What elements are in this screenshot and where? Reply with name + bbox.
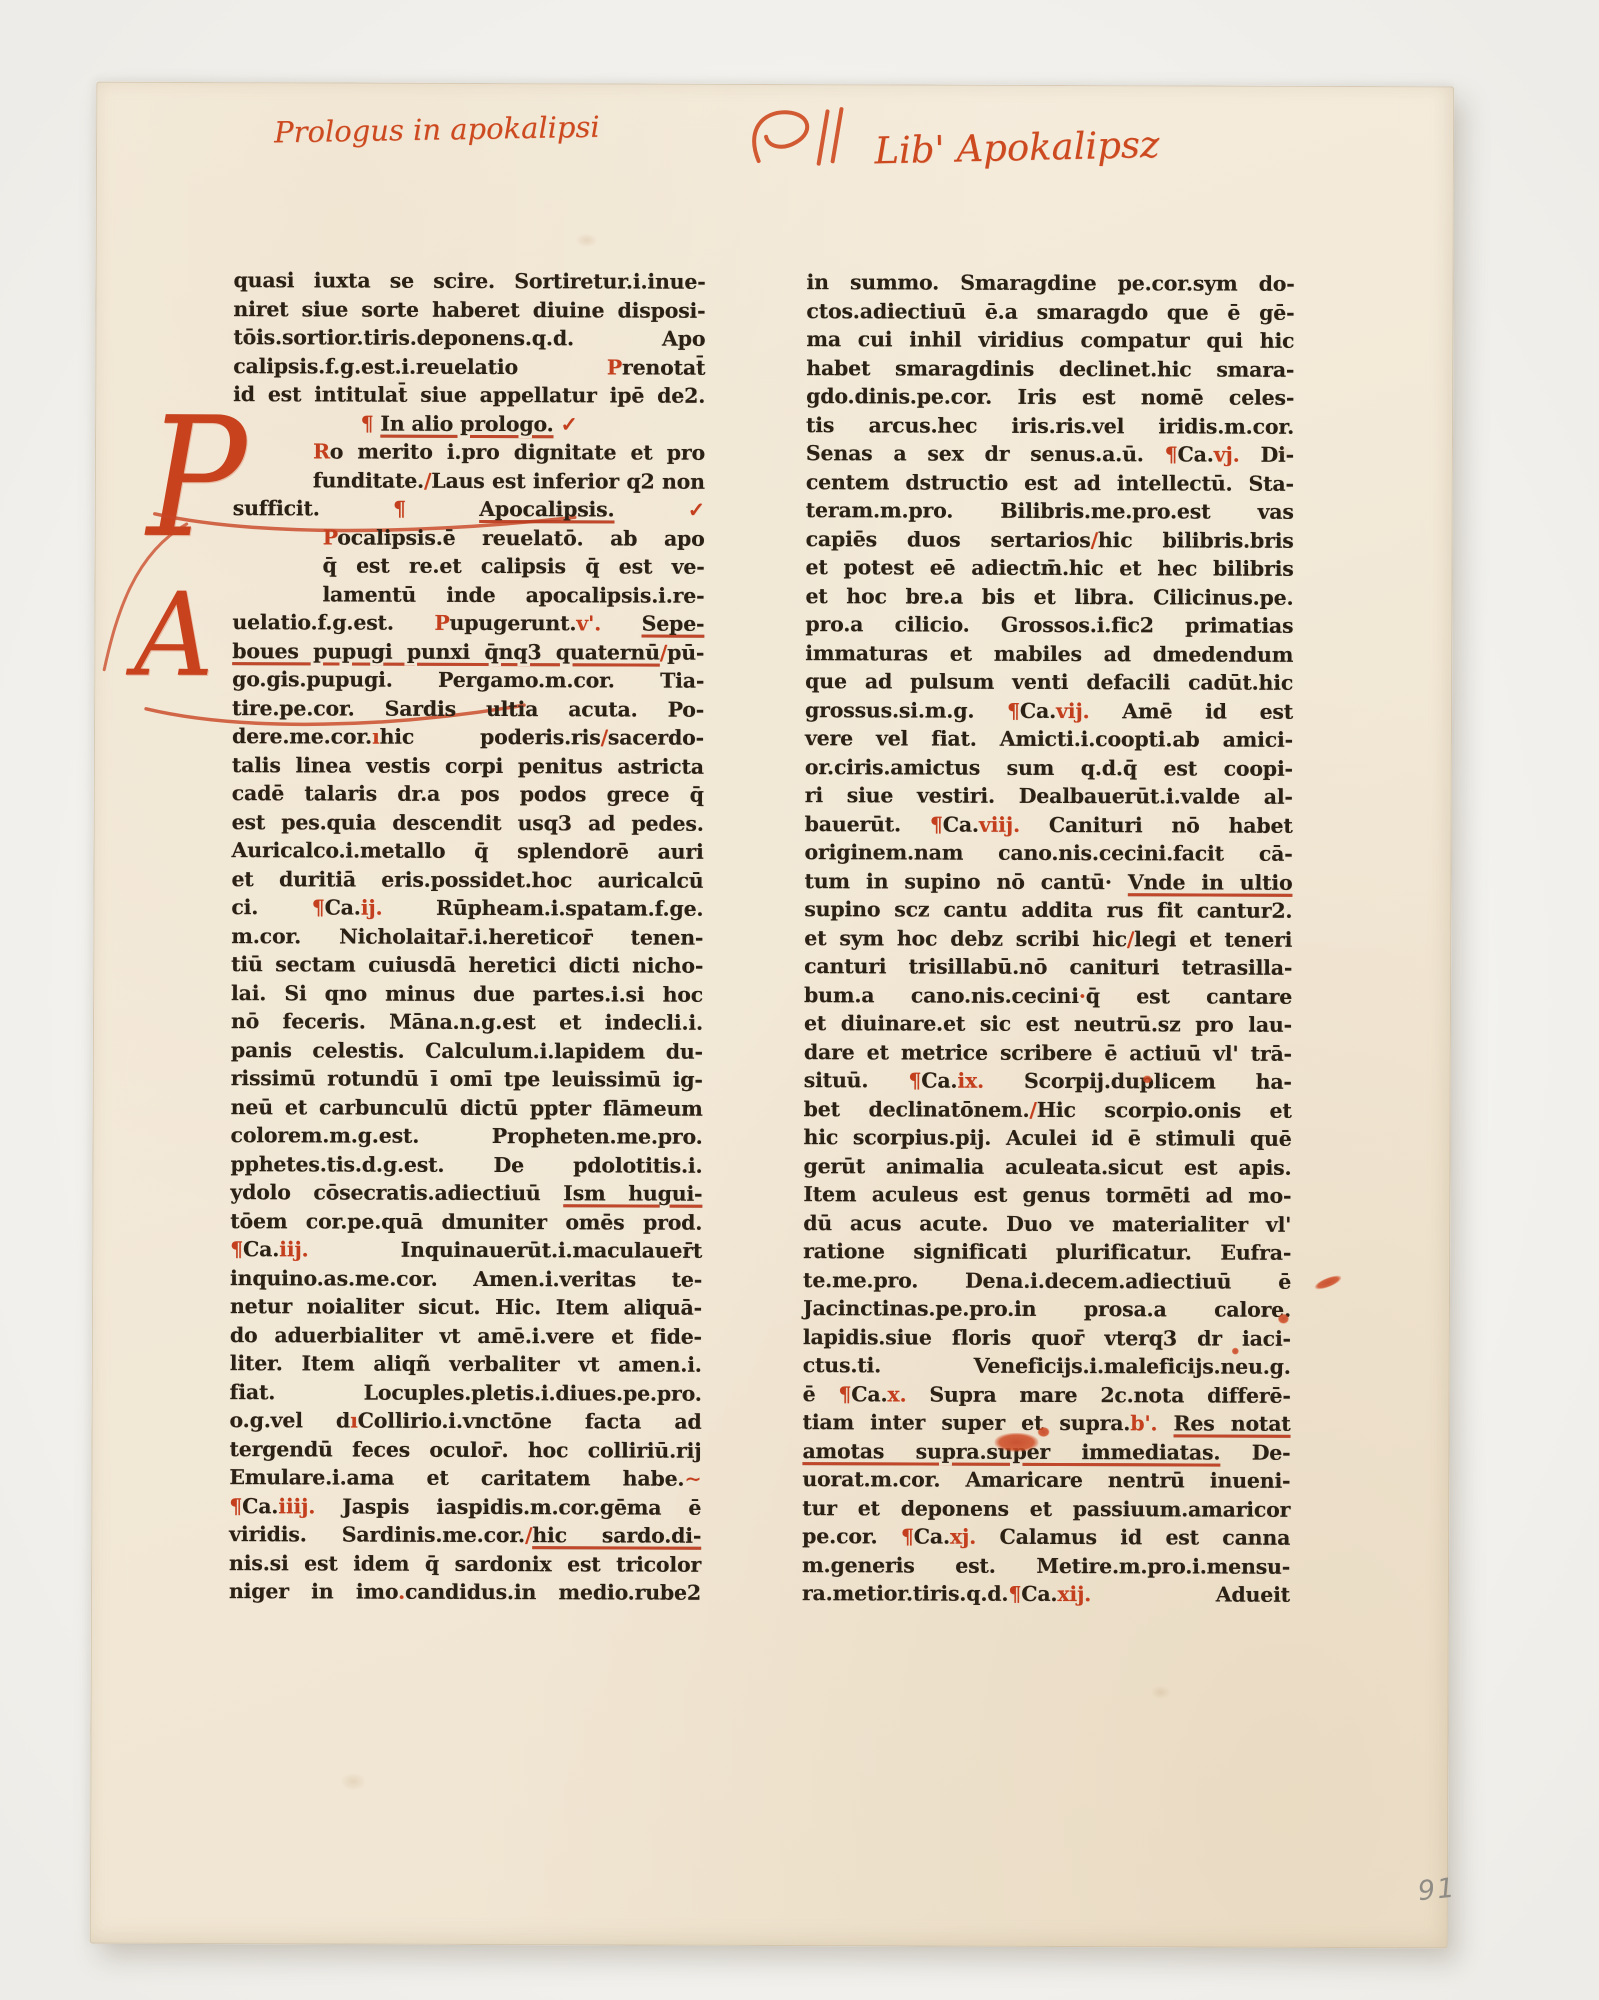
text-line: te.me.pro. Dena.i.decem.adiectiuū ē <box>803 1266 1291 1296</box>
rubric-text: vij. <box>1056 698 1090 722</box>
body-text <box>601 611 642 635</box>
body-text: Ca. <box>1021 1582 1057 1606</box>
rubric-text: v'. <box>576 611 601 635</box>
rubric-text: ¶ <box>838 1382 851 1406</box>
text-line: tur et deponens et passiuum.amaricor <box>802 1494 1290 1524</box>
text-line: ¶Ca.iij. Inquinauerūt.i.maculauer̄t <box>230 1235 702 1265</box>
body-text: hic scorpius.pij. Aculei id ē stimuli qu… <box>804 1125 1292 1151</box>
text-line: canturi trisillabū.nō canituri tetrasill… <box>804 952 1292 982</box>
text-line: panis celestis. Calculum.i.lapidem du- <box>231 1036 703 1066</box>
text-line: colorem.m.g.est. Propheten.me.pro. <box>231 1121 703 1151</box>
text-line: bet declinatōnem.∕Hic scorpio.onis et <box>804 1095 1292 1125</box>
body-text: lai. Si qno minus due partes.i.si hoc <box>231 981 703 1007</box>
body-text: viridis. Sardinis.me.cor. <box>229 1522 525 1547</box>
text-line: calipsis.f.g.est.i.reuelatio Prenotat̄ <box>233 352 705 382</box>
text-line: ¶Ca.iiij. Jaspis iaspidis.m.cor.gēma ē <box>229 1492 701 1522</box>
body-text: et duritiā eris.possidet.hoc auricalcū <box>231 867 703 893</box>
body-text: Jaspis iaspidis.m.cor.gēma ē <box>315 1494 701 1519</box>
body-text: Ca. <box>914 1524 950 1548</box>
running-title-left: Prologus in apokalipsi <box>274 110 575 149</box>
body-text: immaturas et mabiles ad dmedendum <box>805 641 1293 667</box>
text-line: funditate.∕Laus est inferior q2 non <box>233 466 705 496</box>
body-text: canturi trisillabū.nō canituri tetrasill… <box>804 954 1292 980</box>
text-line: Pocalipsis.ē reuelatō. ab apo <box>233 523 705 553</box>
body-text: hic bilibris.bris <box>1098 528 1294 553</box>
body-text: q̄ est re.et calipsis q̄ est ve- <box>323 553 705 578</box>
text-line: ¶ In alio prologo. ✓ <box>233 409 705 439</box>
body-text: sufficit. <box>233 496 320 520</box>
rubric-text: Ism hugui- <box>563 1181 702 1205</box>
body-text: Ca. <box>943 812 979 836</box>
rubric-text: ∕ <box>660 640 667 664</box>
rubric-text: ¶ <box>1008 1582 1021 1606</box>
rubric-text: ij. <box>361 896 383 920</box>
text-line: uelatio.f.g.est. Pupugerunt.v'. Sepe- <box>232 608 704 638</box>
rubric-text: xj. <box>950 1525 976 1549</box>
text-line: bauerūt. ¶Ca.viij. Canituri nō habet <box>805 810 1293 840</box>
rubric-text: hic sardo.di- <box>532 1523 701 1548</box>
rubric-text: boues pupugi punxi q̄nq3 quaternū <box>232 639 660 664</box>
manuscript-leaf: Prologus in apokalipsi Lib' Apokalipsz P… <box>90 82 1454 1949</box>
body-text: go.gis.pupugi. Pergamo.m.cor. Tia- <box>232 667 704 693</box>
text-column-right: in summo. Smaragdine pe.cor.sym do-ctos.… <box>802 268 1295 1609</box>
rubric-text: In alio prologo. <box>380 411 553 436</box>
text-line: dere.me.cor.ıhic poderis.ris∕sacerdo- <box>232 722 704 752</box>
body-text: habet smaragdinis declinet.hic smara- <box>806 356 1294 382</box>
rubric-text: ¶ <box>230 1237 243 1261</box>
body-text: lapidis.siue floris quor̄ vterq3 dr iaci… <box>803 1325 1291 1351</box>
text-line: et duritiā eris.possidet.hoc auricalcū <box>231 865 703 895</box>
body-text: te.me.pro. Dena.i.decem.adiectiuū ē <box>803 1268 1291 1294</box>
text-line: que ad pulsum venti defacili cadūt.hic <box>805 667 1293 697</box>
body-text: cadē talaris dr.a pos podos grece q̄ <box>232 781 704 807</box>
rubric-text: b'. <box>1130 1411 1157 1435</box>
rubric-text: viij. <box>979 812 1020 836</box>
body-text: ctos.adiectiuū ē.a smaragdo que ē gē- <box>806 299 1294 325</box>
rubric-text: Sepe- <box>642 612 705 636</box>
running-title-right-text: Lib' Apokalipsz <box>874 123 1160 172</box>
text-line: ma cui inhil viridius compatur qui hic <box>806 325 1294 355</box>
body-text: tis arcus.hec iris.ris.vel iridis.m.cor. <box>806 413 1294 439</box>
text-line: uorat.m.cor. Amaricare nentrū inueni- <box>802 1465 1290 1495</box>
rubric-text: iiij. <box>278 1494 315 1518</box>
text-line: lamentū inde apocalipsis.i.re- <box>232 580 704 610</box>
body-text: pro.a cilicio. Grossos.i.fic2 primatias <box>805 612 1293 638</box>
text-line: niger in imo.candidus.in medio.rube2 <box>229 1577 701 1607</box>
text-line: tiū sectam cuiusdā heretici dicti nicho- <box>231 950 703 980</box>
text-line: tōis.sortior.tiris.deponens.q.d. Apo <box>233 323 705 353</box>
text-line: tire.pe.cor. Sardis ultia acuta. Po- <box>232 694 704 724</box>
rubric-text: Apocalipsis. <box>479 497 614 521</box>
rubric-text: Vnde in ultio <box>1128 870 1293 895</box>
body-text: bet declinatōnem. <box>804 1097 1030 1122</box>
body-text: situū. <box>804 1068 909 1092</box>
body-text: hic poderis.ris <box>380 725 601 750</box>
text-line: et hoc bre.a bis et libra. Cilicinus.pe. <box>805 582 1293 612</box>
body-text: lamentū inde apocalipsis.i.re- <box>322 582 704 607</box>
body-text: Ca. <box>243 1237 279 1261</box>
body-text: neū et carbunculū dictū ppter flāmeum <box>231 1095 703 1121</box>
text-line: lai. Si qno minus due partes.i.si hoc <box>231 979 703 1009</box>
rubric-text: R <box>313 439 330 463</box>
rubric-text: ∕ <box>601 725 608 749</box>
body-text <box>320 496 393 520</box>
body-text: Ca. <box>1020 698 1056 722</box>
pen-flourish-icon <box>743 101 865 176</box>
text-line: Jacinctinas.pe.pro.in prosa.a calore. <box>803 1294 1291 1324</box>
body-text: dū acus acute. Duo ve materialiter vl' <box>803 1211 1291 1237</box>
body-text: ri siue vestiri. Dealbauerūt.i.valde al- <box>805 783 1293 809</box>
body-text: tergendū feces oculor̄. hoc colliriū.rij <box>229 1437 701 1463</box>
body-text: q̄ est cantare <box>1086 984 1292 1009</box>
rubric-text: P <box>434 611 449 635</box>
body-text: candidus.in medio.rube2 <box>405 1580 701 1605</box>
text-line: go.gis.pupugi. Pergamo.m.cor. Tia- <box>232 665 704 695</box>
text-line: amotas supra.super immediatas. De- <box>802 1437 1290 1467</box>
text-line: pro.a cilicio. Grossos.i.fic2 primatias <box>805 610 1293 640</box>
rubric-text: P <box>607 355 622 379</box>
body-text: tōis.sortior.tiris.deponens.q.d. Apo <box>233 325 705 351</box>
text-line: gdo.dinis.pe.cor. Iris est nomē celes- <box>806 382 1294 412</box>
text-line: gerūt animalia aculeata.sicut est apis. <box>803 1152 1291 1182</box>
body-text: Rūpheam.i.spatam.f.ge. <box>382 896 703 921</box>
body-text: tum in supino nō cantū· <box>804 869 1128 894</box>
body-text: Ca. <box>851 1382 887 1406</box>
text-line: ydolo cōsecratis.adiectiuū Ism hugui- <box>230 1178 702 1208</box>
body-text: Hic scorpio.onis et <box>1037 1097 1292 1122</box>
body-text: dare et metrice scribere ē actiuū vl' tr… <box>804 1040 1292 1066</box>
text-line: tōem cor.pe.quā dmuniter omēs prod. <box>230 1207 702 1237</box>
text-line: Senas a sex dr senus.a.ū. ¶Ca.vj. Di- <box>806 439 1294 469</box>
body-text: calipsis.f.g.est.i.reuelatio <box>233 354 607 379</box>
rubric-text: ¶ <box>1007 698 1020 722</box>
rubric-text: ¶ <box>229 1494 242 1518</box>
body-text: ē <box>803 1382 839 1406</box>
text-line: m.cor. Nicholaitar̄.i.hereticor̄ tenen- <box>231 922 703 952</box>
text-line: id est intitulat̄ siue appellatur ipē de… <box>233 380 705 410</box>
body-text: supino scz cantu addita rus fit cantur2. <box>804 897 1292 923</box>
body-text: gdo.dinis.pe.cor. Iris est nomē celes- <box>806 384 1294 410</box>
body-text: Canituri nō habet <box>1020 812 1293 837</box>
text-line: quasi iuxta se scire. Sortiretur.i.inue- <box>234 266 706 296</box>
text-line: fiat. Locuples.pletis.i.diues.pe.pro. <box>230 1378 702 1408</box>
body-text: ocalipsis.ē reuelatō. ab apo <box>337 525 704 550</box>
text-line: in summo. Smaragdine pe.cor.sym do- <box>807 268 1295 298</box>
text-line: habet smaragdinis declinet.hic smara- <box>806 354 1294 384</box>
body-text: ydolo cōsecratis.adiectiuū <box>230 1180 563 1205</box>
body-text: Ca. <box>242 1494 278 1518</box>
body-text: m.generis est. Metire.m.pro.i.mensu- <box>802 1553 1290 1579</box>
running-title-right: Lib' Apokalipsz <box>743 94 1160 175</box>
body-text: teram.m.pro. Bilibris.me.pro.est vas <box>806 498 1294 524</box>
body-text: Item aculeus est genus tormēti ad mo- <box>803 1182 1291 1208</box>
text-line: et potest eē adiectm̄.hic et hec bilibri… <box>806 553 1294 583</box>
body-text <box>614 497 687 521</box>
folio-number: 91 <box>1416 1872 1457 1907</box>
text-line: et diuinare.et sic est neutrū.sz pro lau… <box>804 1009 1292 1039</box>
body-text: pe.cor. <box>802 1524 901 1548</box>
text-line: dū acus acute. Duo ve materialiter vl' <box>803 1209 1291 1239</box>
text-line: immaturas et mabiles ad dmedendum <box>805 639 1293 669</box>
body-text: id est intitulat̄ siue appellatur ipē de… <box>233 382 705 408</box>
body-text: tur et deponens et passiuum.amaricor <box>802 1496 1290 1522</box>
body-text: Adueit <box>1091 1582 1290 1607</box>
body-text: niger in imo <box>229 1579 398 1604</box>
body-text: Auricalco.i.metallo q̄ splendorē auri <box>232 838 704 864</box>
rubric-text: ¶ <box>1165 442 1178 466</box>
body-text: vere vel fiat. Amicti.i.coopti.ab amici- <box>805 726 1293 752</box>
text-line: tergendū feces oculor̄. hoc colliriū.rij <box>229 1435 701 1465</box>
text-line: grossus.si.m.g. ¶Ca.vij. Amē id est <box>805 696 1293 726</box>
text-line: est pes.quia descendit usq3 ad pedes. <box>232 808 704 838</box>
ink-blot <box>1143 1075 1152 1083</box>
body-text: rissimū rotundū ī omī tpe leuissimū ig- <box>231 1066 703 1092</box>
body-text: est pes.quia descendit usq3 ad pedes. <box>232 810 704 836</box>
ink-blot <box>1278 1314 1289 1324</box>
body-text: et sym hoc debz scribi hic <box>804 926 1127 951</box>
body-text: sacerdo- <box>608 725 704 749</box>
body-text: centem dstructio est ad intellectū. Sta- <box>806 470 1294 496</box>
body-text: renotat̄ <box>622 355 705 379</box>
ink-blot <box>1313 1273 1342 1292</box>
rubric-text: ✓ <box>560 412 577 436</box>
body-text: or.ciris.amictus sum q.d.q̄ est coopi- <box>805 755 1293 781</box>
body-text: o.g.vel d <box>230 1408 351 1432</box>
body-text: tōem cor.pe.quā dmuniter omēs prod. <box>230 1209 702 1235</box>
body-text: pū- <box>667 640 704 664</box>
body-text: funditate. <box>313 468 424 492</box>
body-text: nō feceris. Māna.n.g.est et indecli.i. <box>231 1009 703 1035</box>
text-line: q̄ est re.et calipsis q̄ est ve- <box>233 551 705 581</box>
text-line: ri siue vestiri. Dealbauerūt.i.valde al- <box>805 781 1293 811</box>
body-text: netur noialiter sicut. Hic. Item aliquā- <box>230 1294 702 1320</box>
body-text: ctus.ti. Veneficijs.i.maleficijs.neu.g. <box>803 1353 1291 1379</box>
text-line: centem dstructio est ad intellectū. Sta- <box>806 468 1294 498</box>
text-line: cadē talaris dr.a pos podos grece q̄ <box>232 779 704 809</box>
text-line: niret siue sorte haberet diuine disposi- <box>233 295 705 325</box>
body-text: legi et teneri <box>1134 927 1292 952</box>
ink-blot <box>994 1433 1038 1452</box>
body-text: uorat.m.cor. Amaricare nentrū inueni- <box>802 1467 1290 1493</box>
text-line: viridis. Sardinis.me.cor.∕hic sardo.di- <box>229 1520 701 1550</box>
body-text: Ca. <box>921 1069 957 1093</box>
text-line: or.ciris.amictus sum q.d.q̄ est coopi- <box>805 753 1293 783</box>
text-line: vere vel fiat. Amicti.i.coopti.ab amici- <box>805 724 1293 754</box>
body-text: capiēs duos sertarios <box>806 527 1091 552</box>
body-text: Emulare.i.ama et caritatem habe. <box>229 1465 684 1491</box>
text-line: do aduerbialiter vt amē.i.vere et fide- <box>230 1321 702 1351</box>
text-line: sufficit. ¶ Apocalipsis. ✓ <box>233 494 705 524</box>
text-line: bum.a cano.nis.cecini·q̄ est cantare <box>804 981 1292 1011</box>
body-text <box>1157 1411 1173 1435</box>
body-text: De- <box>1220 1440 1290 1464</box>
body-text: do aduerbialiter vt amē.i.vere et fide- <box>230 1323 702 1349</box>
rubric-text: ¶ <box>908 1068 921 1092</box>
body-text: pphetes.tis.d.g.est. De pdolotitis.i. <box>230 1152 702 1178</box>
text-line: inquino.as.me.cor. Amen.i.veritas te- <box>230 1264 702 1294</box>
body-text: et hoc bre.a bis et libra. Cilicinus.pe. <box>805 584 1293 610</box>
body-text: Ca. <box>325 895 361 919</box>
body-text: Calamus id est canna <box>976 1525 1290 1550</box>
text-line: pe.cor. ¶Ca.xj. Calamus id est canna <box>802 1522 1290 1552</box>
body-text: et diuinare.et sic est neutrū.sz pro lau… <box>804 1011 1292 1037</box>
rubric-text: Res notat <box>1174 1411 1291 1435</box>
text-line: Auricalco.i.metallo q̄ splendorē auri <box>232 836 704 866</box>
body-text: panis celestis. Calculum.i.lapidem du- <box>231 1038 703 1064</box>
body-text: in summo. Smaragdine pe.cor.sym do- <box>807 270 1295 296</box>
body-text: tiū sectam cuiusdā heretici dicti nicho- <box>231 952 703 978</box>
body-text: Senas a sex dr senus.a.ū. <box>806 441 1165 466</box>
text-line: ctos.adiectiuū ē.a smaragdo que ē gē- <box>806 297 1294 327</box>
text-line: ratione significati plurificatur. Eufra- <box>803 1237 1291 1267</box>
rubric-text: ¶ <box>361 411 381 435</box>
body-text: Laus est inferior q2 non <box>431 468 705 493</box>
body-text: m.cor. Nicholaitar̄.i.hereticor̄ tenen- <box>231 924 703 950</box>
text-line: netur noialiter sicut. Hic. Item aliquā- <box>230 1292 702 1322</box>
text-line: dare et metrice scribere ē actiuū vl' tr… <box>804 1038 1292 1068</box>
text-line: Ro merito i.pro dignitate et pro <box>233 437 705 467</box>
body-text: colorem.m.g.est. Propheten.me.pro. <box>231 1123 703 1149</box>
text-line: neū et carbunculū dictū ppter flāmeum <box>231 1093 703 1123</box>
text-line: pphetes.tis.d.g.est. De pdolotitis.i. <box>230 1150 702 1180</box>
text-line: situū. ¶Ca.ix. Scorpij.duplicem ha- <box>804 1066 1292 1096</box>
rubric-text: ∼ <box>684 1467 701 1491</box>
body-text: nis.si est idem q̄ sardonix est tricolor <box>229 1551 701 1577</box>
body-text: inquino.as.me.cor. Amen.i.veritas te- <box>230 1266 702 1292</box>
body-text: dere.me.cor. <box>232 724 372 748</box>
rubric-text: ı <box>372 725 380 749</box>
text-line: ra.metior.tiris.q.d.¶Ca.xij. Adueit <box>802 1579 1290 1609</box>
body-text: ra.metior.tiris.q.d. <box>802 1581 1008 1606</box>
text-line: nō feceris. Māna.n.g.est et indecli.i. <box>231 1007 703 1037</box>
text-line: originem.nam cano.nis.cecini.facit cā- <box>805 838 1293 868</box>
text-line: supino scz cantu addita rus fit cantur2. <box>804 895 1292 925</box>
body-text: bum.a cano.nis.cecini <box>804 983 1079 1008</box>
text-line: ci. ¶Ca.ij. Rūpheam.i.spatam.f.ge. <box>231 893 703 923</box>
body-text: fiat. Locuples.pletis.i.diues.pe.pro. <box>230 1380 702 1406</box>
body-text: niret siue sorte haberet diuine disposi- <box>233 297 705 323</box>
body-text: upugerunt. <box>450 611 577 635</box>
text-line: ctus.ti. Veneficijs.i.maleficijs.neu.g. <box>803 1351 1291 1381</box>
rubric-text: ix. <box>957 1069 984 1093</box>
body-text: uelatio.f.g.est. <box>232 610 434 635</box>
text-line: ē ¶Ca.x. Supra mare 2c.nota differē- <box>803 1380 1291 1410</box>
body-text: gerūt animalia aculeata.sicut est apis. <box>803 1154 1291 1180</box>
text-line: tum in supino nō cantū· Vnde in ultio <box>804 867 1292 897</box>
text-line: talis linea vestis corpi penitus astrict… <box>232 751 704 781</box>
rubric-text: ¶ <box>930 812 943 836</box>
rubric-text: x. <box>887 1382 906 1406</box>
ink-blot <box>1038 1427 1050 1437</box>
text-line: Item aculeus est genus tormēti ad mo- <box>803 1180 1291 1210</box>
text-line: Emulare.i.ama et caritatem habe.∼ <box>229 1463 701 1493</box>
body-text: ratione significati plurificatur. Eufra- <box>803 1239 1291 1265</box>
body-text: que ad pulsum venti defacili cadūt.hic <box>805 669 1293 695</box>
text-column-left: quasi iuxta se scire. Sortiretur.i.inue-… <box>229 266 706 1607</box>
text-line: teram.m.pro. Bilibris.me.pro.est vas <box>806 496 1294 526</box>
body-text: talis linea vestis corpi penitus astrict… <box>232 753 704 779</box>
body-text: tire.pe.cor. Sardis ultia acuta. Po- <box>232 696 704 722</box>
body-text: tiam inter super et supra. <box>803 1410 1131 1435</box>
body-text: grossus.si.m.g. <box>805 698 1007 723</box>
body-text: bauerūt. <box>805 812 930 836</box>
body-text: quasi iuxta se scire. Sortiretur.i.inue- <box>234 268 706 294</box>
text-line: m.generis est. Metire.m.pro.i.mensu- <box>802 1551 1290 1581</box>
body-text: Amē id est <box>1089 699 1293 724</box>
text-line: liter. Item aliqñ verbaliter vt amen.i. <box>230 1349 702 1379</box>
body-text: originem.nam cano.nis.cecini.facit cā- <box>805 840 1293 866</box>
rubric-text: P <box>323 525 338 549</box>
rubric-text: ¶ <box>901 1524 914 1548</box>
text-line: rissimū rotundū ī omī tpe leuissimū ig- <box>231 1064 703 1094</box>
body-text: Scorpij.duplicem ha- <box>984 1069 1292 1094</box>
rubric-text: ¶ <box>312 895 325 919</box>
rubric-text: xij. <box>1057 1582 1091 1606</box>
body-text: ma cui inhil viridius compatur qui hic <box>806 327 1294 353</box>
rubric-text: iij. <box>279 1237 308 1261</box>
text-line: nis.si est idem q̄ sardonix est tricolor <box>229 1549 701 1579</box>
body-text: Collirio.i.vnctōne facta ad <box>358 1409 702 1434</box>
body-text: ci. <box>231 895 311 919</box>
body-text: Supra mare 2c.nota differē- <box>906 1382 1290 1407</box>
body-text: liter. Item aliqñ verbaliter vt amen.i. <box>230 1351 702 1377</box>
rubric-text: ∕ <box>1127 927 1134 951</box>
text-line: capiēs duos sertarios∕hic bilibris.bris <box>806 525 1294 555</box>
body-text: o merito i.pro dignitate et pro <box>330 439 705 464</box>
text-line: o.g.vel dıCollirio.i.vnctōne facta ad <box>230 1406 702 1436</box>
rubric-text: vj. <box>1214 443 1240 467</box>
text-line: hic scorpius.pij. Aculei id ē stimuli qu… <box>804 1123 1292 1153</box>
body-text: Ca. <box>1177 442 1213 466</box>
body-text: Inquinauerūt.i.maculauer̄t <box>308 1237 702 1262</box>
rubric-text: ¶ <box>393 497 479 521</box>
text-line: et sym hoc debz scribi hic∕legi et tener… <box>804 924 1292 954</box>
body-text: Jacinctinas.pe.pro.in prosa.a calore. <box>803 1296 1291 1322</box>
rubric-text: ✓ <box>688 498 705 522</box>
text-line: tis arcus.hec iris.ris.vel iridis.m.cor. <box>806 411 1294 441</box>
text-line: lapidis.siue floris quor̄ vterq3 dr iaci… <box>803 1323 1291 1353</box>
text-line: boues pupugi punxi q̄nq3 quaternū∕pū- <box>232 637 704 667</box>
body-text: et potest eē adiectm̄.hic et hec bilibri… <box>806 555 1294 581</box>
ink-blot <box>1232 1348 1239 1355</box>
